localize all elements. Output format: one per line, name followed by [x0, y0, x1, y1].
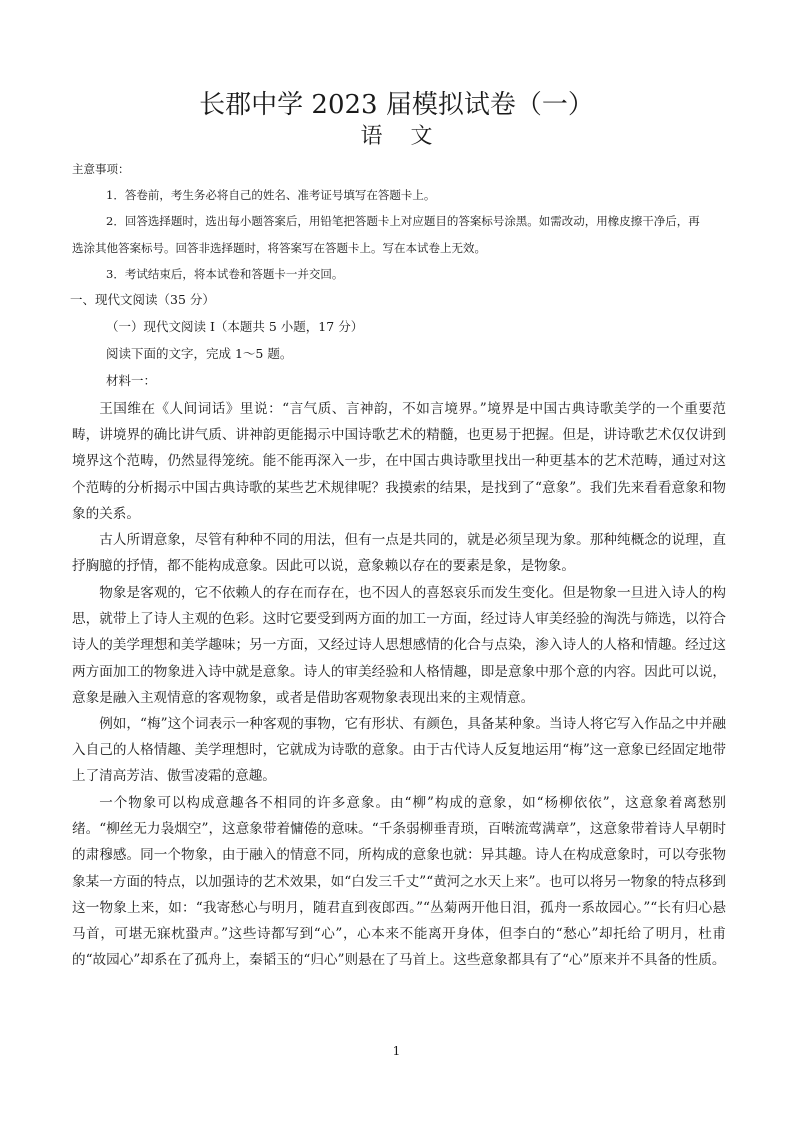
exam-title: 长郡中学 2023 届模拟试卷（一） — [0, 88, 793, 122]
subject-char-1: 语 — [360, 122, 382, 152]
reading-instruction: 阅读下面的文字，完成 1～5 题。 — [106, 346, 292, 362]
notice-item-2-cont: 选涂其他答案标号。回答非选择题时，将答案写在答题卡上。写在本试卷上无效。 — [72, 240, 486, 256]
paragraph-5: 一个物象可以构成意趣各不相同的许多意象。由“柳”构成的意象，如“杨柳依依”，这意… — [72, 790, 726, 973]
paragraph-4: 例如，“梅”这个词表示一种客观的事物，它有形状、有颜色，具备某种象。当诗人将它写… — [72, 711, 726, 790]
paragraph-3: 物象是客观的，它不依赖人的存在而存在，也不因人的喜怒哀乐而发生变化。但是物象一旦… — [72, 580, 726, 711]
paragraph-1: 王国维在《人间词话》里说：“言气质、言神韵，不如言境界。”境界是中国古典诗歌美学… — [72, 396, 726, 527]
exam-page: 长郡中学 2023 届模拟试卷（一） 语文 主意事项： 1．答卷前，考生务必将自… — [0, 0, 793, 1122]
notice-item-2: 2．回答选择题时，选出每小题答案后，用铅笔把答题卡上对应题目的答案标号涂黑。如需… — [106, 213, 700, 229]
notice-item-1: 1．答卷前，考生务必将自己的姓名、准考证号填写在答题卡上。 — [106, 187, 435, 203]
subject-char-2: 文 — [411, 122, 433, 152]
paragraph-2: 古人所谓意象，尽管有种种不同的用法，但有一点是共同的，就是必须呈现为象。那种纯概… — [72, 527, 726, 579]
page-number: 1 — [0, 1044, 793, 1058]
subject-title: 语文 — [0, 122, 793, 152]
material-label: 材料一： — [106, 373, 156, 389]
section-heading: 一、现代文阅读（35 分） — [70, 292, 215, 308]
notice-item-3: 3．考试结束后，将本试卷和答题卡一并交回。 — [106, 266, 343, 282]
subsection-heading: （一）现代文阅读 I（本题共 5 小题，17 分） — [106, 319, 363, 335]
notice-heading: 主意事项： — [72, 161, 130, 177]
